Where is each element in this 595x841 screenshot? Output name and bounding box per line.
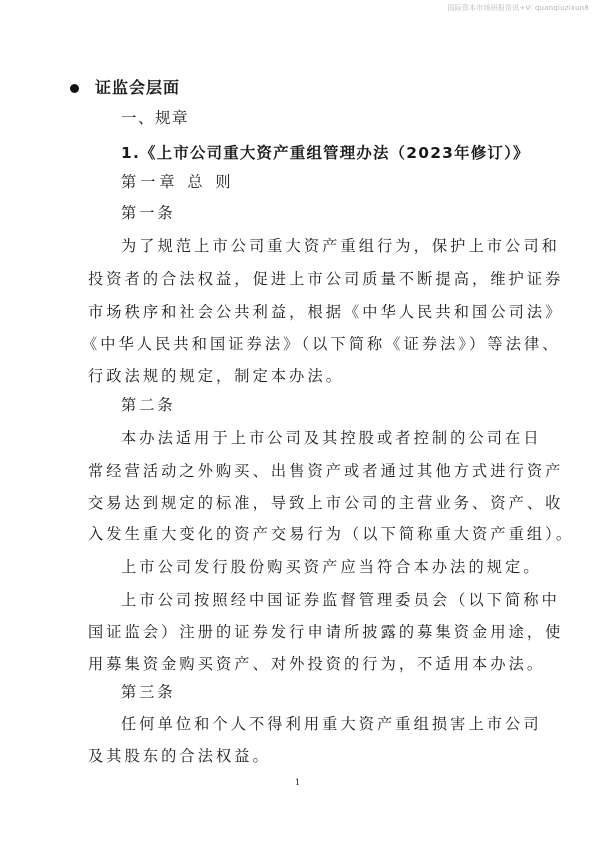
chapter-heading: 第一章 总 则 — [121, 172, 235, 192]
article-label: 第一条 — [121, 203, 176, 223]
watermark: 国际资本市场研报资讯+V: quanqiuzixun8 — [447, 3, 589, 13]
paragraph-line: 任何单位和个人不得利用重大资产重组损害上市公司 — [121, 714, 542, 734]
paragraph-line: 交易达到规定的标准，导致上市公司的主营业务、资产、收 — [88, 493, 563, 513]
paragraph-line: 《中华人民共和国证券法》（以下简称《证券法》）等法律、 — [82, 334, 561, 354]
page-number: 1 — [0, 778, 595, 787]
section-heading: 证监会层面 — [70, 78, 180, 98]
bullet-icon — [70, 84, 79, 93]
article-label: 第二条 — [121, 395, 176, 415]
paragraph-line: 及其股东的合法权益。 — [88, 746, 271, 766]
paragraph-line: 入发生重大变化的资产交易行为（以下简称重大资产重组）。 — [88, 524, 574, 544]
paragraph-line: 上市公司按照经中国证券监督管理委员会（以下简称中 — [121, 590, 560, 610]
document-page: 国际资本市场研报资讯+V: quanqiuzixun8 证监会层面 一、规章 1… — [0, 0, 595, 841]
paragraph-line: 上市公司发行股份购买资产应当符合本办法的规定。 — [121, 557, 542, 577]
paragraph-line: 行政法规的规定，制定本办法。 — [88, 366, 344, 386]
paragraph-line: 常经营活动之外购买、出售资产或者通过其他方式进行资产 — [88, 461, 563, 481]
paragraph-line: 用募集资金购买资产、对外投资的行为，不适用本办法。 — [88, 654, 545, 674]
article-label: 第三条 — [121, 682, 176, 702]
paragraph-line: 市场秩序和社会公共利益，根据《中华人民共和国公司法》 — [88, 302, 563, 322]
paragraph-line: 本办法适用于上市公司及其控股或者控制的公司在日 — [121, 428, 542, 448]
section-heading-text: 证监会层面 — [95, 78, 180, 98]
document-title: 1.《上市公司重大资产重组管理办法（2023年修订）》 — [121, 143, 530, 163]
sub-heading: 一、规章 — [121, 108, 189, 128]
paragraph-line: 国证监会）注册的证券发行申请所披露的募集资金用途，使 — [88, 622, 563, 642]
paragraph-line: 为了规范上市公司重大资产重组行为，保护上市公司和 — [121, 236, 560, 256]
paragraph-line: 投资者的合法权益，促进上市公司质量不断提高，维护证券 — [88, 269, 563, 289]
